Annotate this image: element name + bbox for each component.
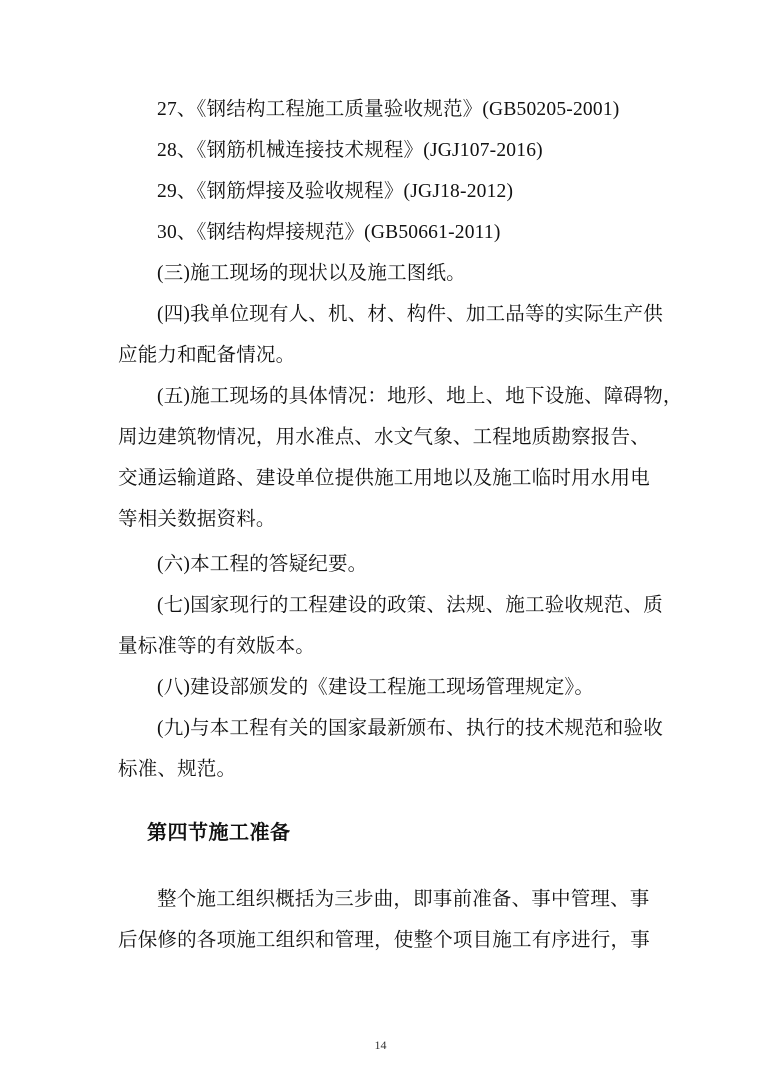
basis-item-6: (六)本工程的答疑纪要。: [157, 553, 367, 577]
basis-item-3: (三)施工现场的现状以及施工图纸。: [157, 262, 466, 286]
section-paragraph-line2: 后保修的各项施工组织和管理，使整个项目施工有序进行，事: [118, 929, 650, 953]
reference-item-29: 29、《钢筋焊接及验收规程》(JGJ18-2012): [157, 180, 513, 204]
basis-item-8: (八)建设部颁发的《建设工程施工现场管理规定》。: [157, 676, 594, 700]
document-page: 27、《钢结构工程施工质量验收规范》(GB50205-2001) 28、《钢筋机…: [0, 0, 761, 1077]
basis-item-5-line4: 等相关数据资料。: [118, 508, 276, 532]
basis-item-7-line2: 量标准等的有效版本。: [118, 635, 315, 659]
basis-item-5-line2: 周边建筑物情况，用水准点、水文气象、工程地质勘察报告、: [118, 426, 650, 450]
reference-item-30: 30、《钢结构焊接规范》(GB50661-2011): [157, 221, 501, 245]
section-paragraph-line1: 整个施工组织概括为三步曲，即事前准备、事中管理、事: [157, 888, 650, 912]
basis-item-4-line2: 应能力和配备情况。: [118, 344, 295, 368]
reference-item-28: 28、《钢筋机械连接技术规程》(JGJ107-2016): [157, 139, 543, 163]
basis-item-7-line1: (七)国家现行的工程建设的政策、法规、施工验收规范、质: [157, 594, 663, 618]
basis-item-9-line2: 标准、规范。: [118, 758, 236, 782]
basis-item-5-line3: 交通运输道路、建设单位提供施工用地以及施工临时用水用电: [118, 467, 650, 491]
basis-item-4-line1: (四)我单位现有人、机、材、构件、加工品等的实际生产供: [157, 303, 663, 327]
reference-item-27: 27、《钢结构工程施工质量验收规范》(GB50205-2001): [157, 98, 619, 122]
section-heading: 第四节施工准备: [147, 819, 291, 845]
page-number: 14: [0, 1038, 761, 1053]
basis-item-9-line1: (九)与本工程有关的国家最新颁布、执行的技术规范和验收: [157, 717, 663, 741]
basis-item-5-line1: (五)施工现场的具体情况：地形、地上、地下设施、障碍物，: [157, 385, 683, 409]
